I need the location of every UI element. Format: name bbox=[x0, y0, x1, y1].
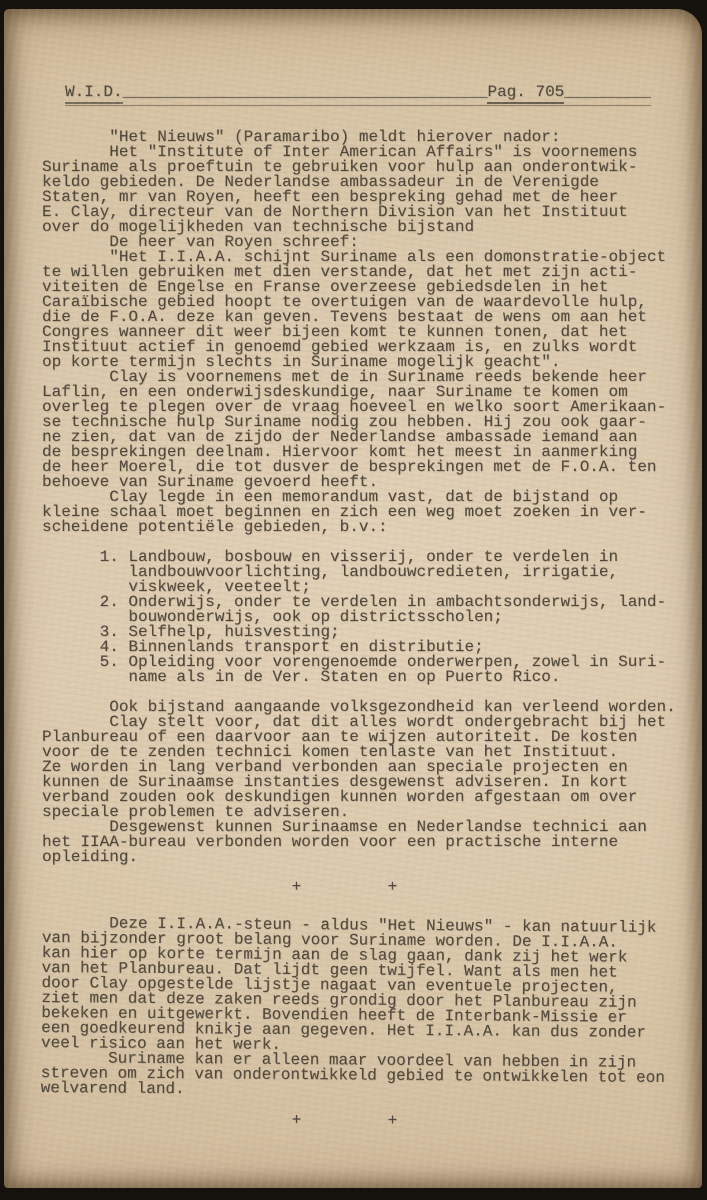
separator-plus-marks: + + bbox=[42, 880, 397, 895]
body-text-block-1: "Het Nieuws" (Paramaribo) meldt hierover… bbox=[42, 130, 676, 865]
scan-background: W.I.D.__________________________________… bbox=[0, 0, 707, 1200]
footer-plus-marks: + + bbox=[42, 1112, 397, 1129]
body-text-block-2: Deze I.I.A.A.-steun - aldus "Het Nieuws"… bbox=[41, 916, 667, 1101]
header-dash-underline-row: ________________________________________… bbox=[65, 93, 651, 108]
document-page: W.I.D.__________________________________… bbox=[4, 9, 702, 1188]
